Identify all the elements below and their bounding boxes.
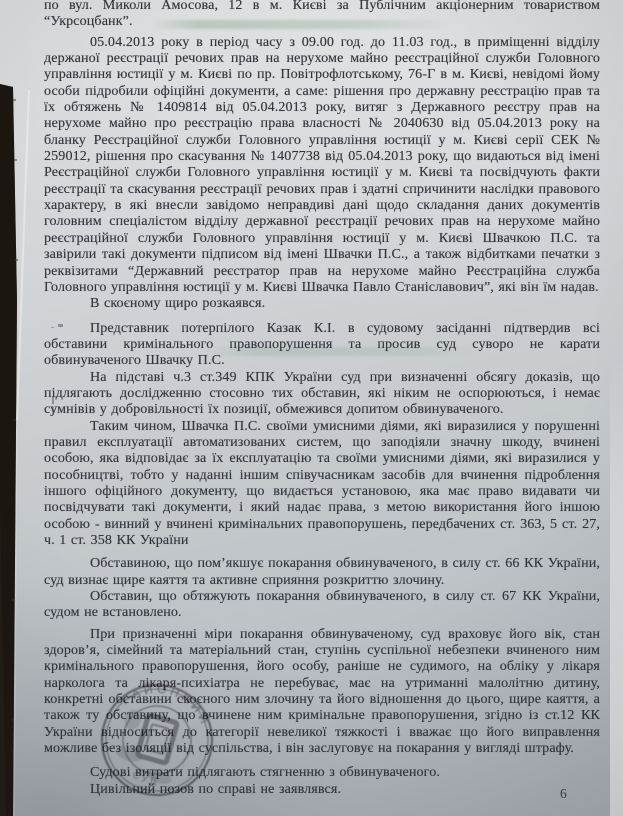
paragraph: Таким чином, Швачка П.С. своїми умисними…: [44, 418, 600, 549]
paragraph: по вул. Миколи Амосова, 12 в м. Києві за…: [44, 0, 600, 30]
paragraph: 05.04.2013 року в період часу з 09.00 го…: [44, 34, 600, 296]
document-body: по вул. Миколи Амосова, 12 в м. Києві за…: [44, 0, 600, 797]
paragraph: При призначенні міри покарання обвинувач…: [44, 626, 600, 757]
paragraph: Представник потерпілого Казак К.І. в суд…: [44, 320, 600, 369]
paragraph: Обставиною, що пом’якшує покарання обвин…: [44, 555, 600, 588]
paragraph: Цивільний позов по справі не заявлявся.: [44, 781, 600, 797]
paper-edge-highlight: [610, 360, 623, 816]
paragraph: Судові витрати підлягають стягненню з об…: [44, 764, 600, 780]
page-number: 6: [560, 786, 567, 802]
paragraph: В скоєному щиро розкаявся.: [44, 295, 600, 311]
paragraph: Обставин, що обтяжують покарання обвинув…: [44, 588, 600, 621]
paper-edge-shadow: [0, 0, 36, 816]
scanned-court-document-page: по вул. Миколи Амосова, 12 в м. Києві за…: [0, 0, 623, 816]
paragraph: На підставі ч.3 ст.349 КПК України суд п…: [44, 369, 600, 418]
